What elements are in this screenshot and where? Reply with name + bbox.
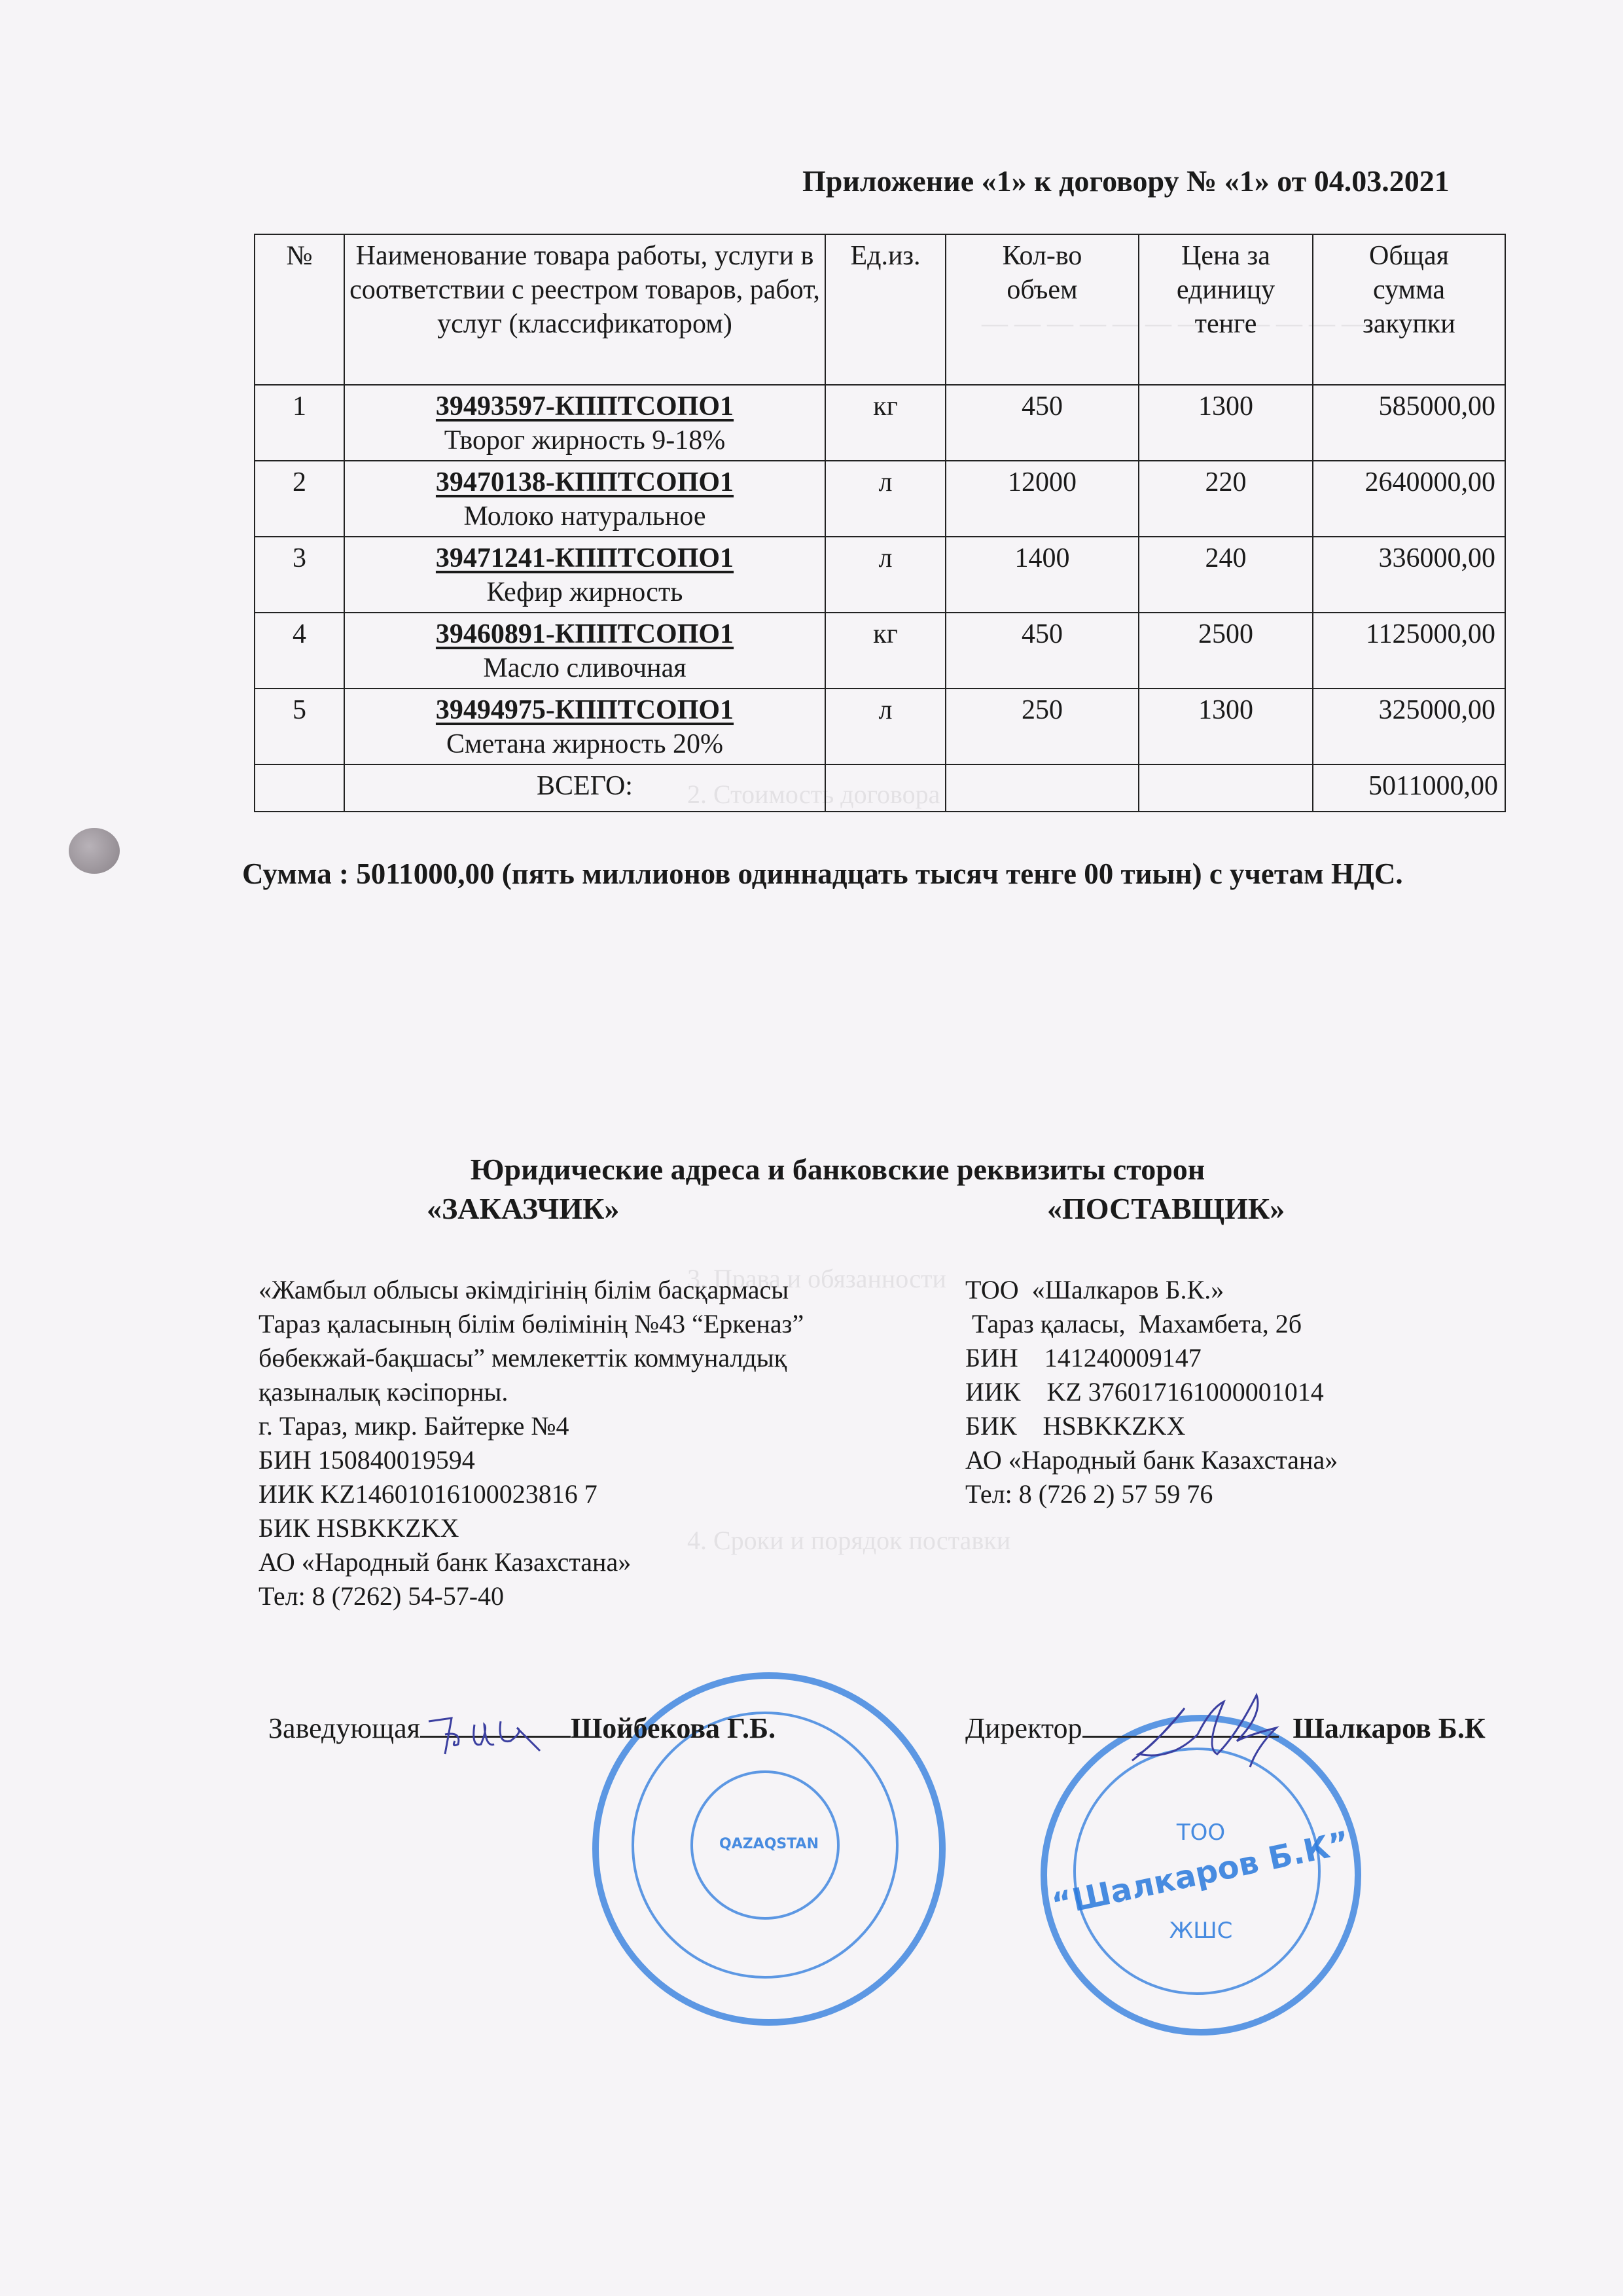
table-row: 339471241-КППТСОПО1Кефир жирностьл140024…	[255, 537, 1505, 613]
customer-heading: «ЗАКАЗЧИК»	[427, 1191, 619, 1226]
row-number: 1	[255, 385, 344, 461]
item-name-cell: 39494975-КППТСОПО1Сметана жирность 20%	[344, 689, 825, 764]
col-header-price: Цена за единицу тенге	[1139, 234, 1313, 385]
table-header-row: № Наименование товара работы, услуги в с…	[255, 234, 1505, 385]
supplier-details: ТОО «Шалкаров Б.К.» Тараз қаласы, Махамб…	[965, 1273, 1338, 1511]
table-row: 239470138-КППТСОПО1Молоко натуральноел12…	[255, 461, 1505, 537]
total-cell: 585000,00	[1313, 385, 1505, 461]
customer-detail-line: «Жамбыл облысы әкімдігінің білім басқарм…	[259, 1273, 804, 1307]
customer-detail-line: бөбекжай-бақшасы” мемлекеттік коммуналды…	[259, 1341, 804, 1375]
quantity-cell: 12000	[946, 461, 1139, 537]
col-header-unit: Ед.из.	[825, 234, 946, 385]
item-name: Молоко натуральное	[348, 499, 822, 533]
total-cell: 336000,00	[1313, 537, 1505, 613]
supplier-detail-line: Тараз қаласы, Махамбета, 2б	[965, 1307, 1338, 1341]
supplier-detail-line: АО «Народный банк Казахстана»	[965, 1443, 1338, 1477]
customer-detail-line: г. Тараз, микр. Байтерке №4	[259, 1409, 804, 1443]
col-header-total: Общая сумма закупки	[1313, 234, 1505, 385]
supplier-detail-line: БИК HSBKKZKX	[965, 1409, 1338, 1443]
supplier-handwritten-signature	[1126, 1689, 1309, 1774]
quantity-cell: 1400	[946, 537, 1139, 613]
item-name: Сметана жирность 20%	[348, 727, 822, 761]
total-cell: 325000,00	[1313, 689, 1505, 764]
quantity-cell: 450	[946, 385, 1139, 461]
item-name-cell: 39460891-КППТСОПО1Масло сливочная	[344, 613, 825, 689]
item-code: 39470138-КППТСОПО1	[348, 465, 822, 499]
table-row: 439460891-КППТСОПО1Масло сливочнаякг4502…	[255, 613, 1505, 689]
requisites-title: Юридические адреса и банковские реквизит…	[0, 1152, 1623, 1187]
sum-in-words: Сумма : 5011000,00 (пять миллионов одинн…	[242, 854, 1505, 893]
unit-cell: л	[825, 689, 946, 764]
customer-detail-line: Тараз қаласының білім бөлімінің №43 “Ерк…	[259, 1307, 804, 1341]
appendix-title: Приложение «1» к договору № «1» от 04.03…	[802, 164, 1450, 198]
customer-details: «Жамбыл облысы әкімдігінің білім басқарм…	[259, 1273, 804, 1613]
row-number: 2	[255, 461, 344, 537]
supplier-detail-line: ИИК KZ 376017161000001014	[965, 1375, 1338, 1409]
item-name: Творог жирность 9-18%	[348, 423, 822, 457]
customer-detail-line: АО «Народный банк Казахстана»	[259, 1545, 804, 1579]
col-header-num: №	[255, 234, 344, 385]
price-cell: 220	[1139, 461, 1313, 537]
price-cell: 2500	[1139, 613, 1313, 689]
col-header-name: Наименование товара работы, услуги в соо…	[344, 234, 825, 385]
quantity-cell: 250	[946, 689, 1139, 764]
item-code: 39494975-КППТСОПО1	[348, 693, 822, 727]
supplier-detail-line: Тел: 8 (726 2) 57 59 76	[965, 1477, 1338, 1511]
customer-handwritten-signature	[425, 1708, 556, 1767]
supplier-signature-name: Шалкаров Б.К	[1293, 1712, 1486, 1744]
item-name-cell: 39471241-КППТСОПО1Кефир жирность	[344, 537, 825, 613]
customer-signature-name: Шойбекова Г.Б.	[571, 1712, 776, 1744]
row-number: 5	[255, 689, 344, 764]
price-cell: 1300	[1139, 385, 1313, 461]
total-cell: 1125000,00	[1313, 613, 1505, 689]
unit-cell: кг	[825, 385, 946, 461]
total-cell: 2640000,00	[1313, 461, 1505, 537]
col-header-qty: Кол-во объем	[946, 234, 1139, 385]
supplier-detail-line: БИН 141240009147	[965, 1341, 1338, 1375]
item-name-cell: 39470138-КППТСОПО1Молоко натуральное	[344, 461, 825, 537]
unit-cell: л	[825, 537, 946, 613]
supplier-detail-line: ТОО «Шалкаров Б.К.»	[965, 1273, 1338, 1307]
customer-detail-line: қазыналық кәсіпорны.	[259, 1375, 804, 1409]
customer-detail-line: БИК HSBKKZKX	[259, 1511, 804, 1545]
unit-cell: кг	[825, 613, 946, 689]
table-row: 139493597-КППТСОПО1Творог жирность 9-18%…	[255, 385, 1505, 461]
quantity-cell: 450	[946, 613, 1139, 689]
supplier-heading: «ПОСТАВЩИК»	[1047, 1191, 1285, 1226]
price-cell: 1300	[1139, 689, 1313, 764]
items-table: № Наименование товара работы, услуги в с…	[254, 234, 1506, 812]
item-code: 39493597-КППТСОПО1	[348, 389, 822, 423]
table-total-row: ВСЕГО: 5011000,00	[255, 764, 1505, 812]
customer-detail-line: Тел: 8 (7262) 54-57-40	[259, 1579, 804, 1613]
customer-detail-line: ИИК KZ14601016100023816 7	[259, 1477, 804, 1511]
total-value: 5011000,00	[1313, 764, 1505, 812]
stamp-emblem-text: QAZAQSTAN	[599, 1836, 939, 1852]
row-number: 4	[255, 613, 344, 689]
row-number: 3	[255, 537, 344, 613]
total-label: ВСЕГО:	[344, 764, 825, 812]
item-name-cell: 39493597-КППТСОПО1Творог жирность 9-18%	[344, 385, 825, 461]
item-name: Масло сливочная	[348, 651, 822, 685]
item-code: 39471241-КППТСОПО1	[348, 541, 822, 575]
customer-detail-line: БИН 150840019594	[259, 1443, 804, 1477]
punch-hole	[69, 828, 120, 874]
item-name: Кефир жирность	[348, 575, 822, 609]
item-code: 39460891-КППТСОПО1	[348, 617, 822, 651]
price-cell: 240	[1139, 537, 1313, 613]
customer-signature-role: Заведующая	[268, 1712, 420, 1744]
supplier-signature-role: Директор	[965, 1712, 1082, 1744]
unit-cell: л	[825, 461, 946, 537]
table-row: 539494975-КППТСОПО1Сметана жирность 20%л…	[255, 689, 1505, 764]
